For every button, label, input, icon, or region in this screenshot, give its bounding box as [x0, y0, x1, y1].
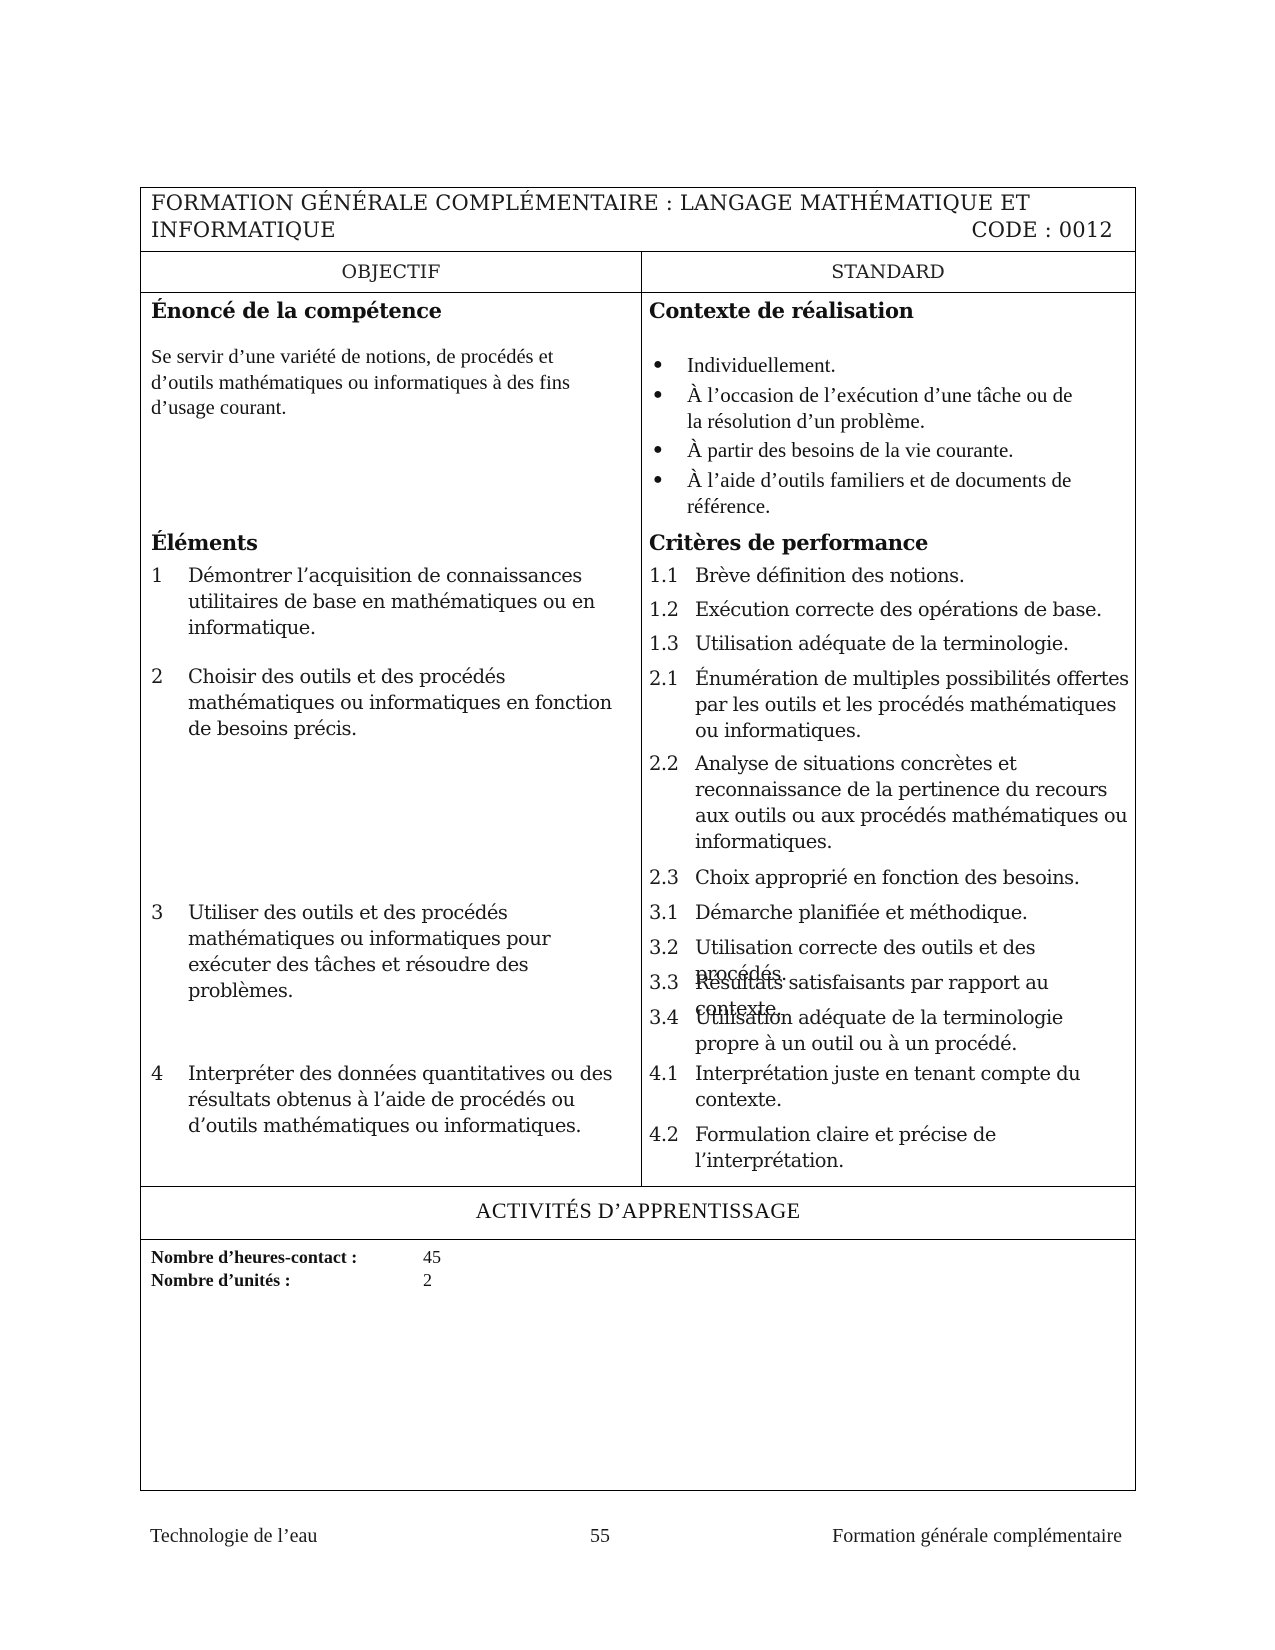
critere-item: 4.1 Interprétation juste en tenant compt…	[649, 1061, 1131, 1113]
activities-bottom-divider	[141, 1239, 1135, 1240]
contexte-item: ● À l’aide d’outils familiers et de docu…	[649, 467, 1089, 519]
element-item: 3 Utiliser des outils et des procédés ma…	[151, 900, 626, 1004]
element-item: 2 Choisir des outils et des procédés mat…	[151, 664, 626, 742]
critere-item: 3.4 Utilisation adéquate de la terminolo…	[649, 1005, 1131, 1057]
course-title-block: FORMATION GÉNÉRALE COMPLÉMENTAIRE : LANG…	[141, 188, 1135, 252]
critere-item: 1.1 Brève définition des notions.	[649, 563, 1131, 589]
activities-top-divider	[141, 1186, 1135, 1187]
contexte-item: ● À l’occasion de l’exécution d’une tâch…	[649, 382, 1089, 434]
units-label: Nombre d’unités :	[151, 1269, 423, 1292]
page-number: 55	[590, 1525, 610, 1548]
hours-block: Nombre d’heures-contact :45 Nombre d’uni…	[151, 1246, 441, 1292]
course-title-line2: INFORMATIQUE	[151, 217, 336, 244]
contexte-item: ● À partir des besoins de la vie courant…	[649, 437, 1089, 463]
contexte-item: ● Individuellement.	[649, 352, 1089, 378]
enonce-heading: Énoncé de la compétence	[151, 298, 626, 324]
critere-item: 2.1 Énumération de multiples possibilité…	[649, 666, 1131, 744]
footer-left: Technologie de l’eau	[150, 1525, 317, 1548]
bullet-icon: ●	[649, 352, 687, 378]
element-item: 4 Interpréter des données quantitatives …	[151, 1061, 626, 1139]
contexte-heading: Contexte de réalisation	[649, 298, 1129, 324]
bullet-icon: ●	[649, 437, 687, 463]
element-item: 1 Démontrer l’acquisition de connaissanc…	[151, 563, 626, 641]
bullet-icon: ●	[649, 382, 687, 434]
column-header-objectif: OBJECTIF	[141, 252, 641, 292]
hours-value: 45	[423, 1247, 441, 1267]
critere-item: 3.1 Démarche planifiée et méthodique.	[649, 900, 1131, 926]
footer-right: Formation générale complémentaire	[832, 1525, 1122, 1548]
competency-table: FORMATION GÉNÉRALE COMPLÉMENTAIRE : LANG…	[140, 187, 1136, 1491]
elements-heading: Éléments	[151, 530, 626, 556]
column-headers: OBJECTIF STANDARD	[141, 252, 1135, 293]
bullet-icon: ●	[649, 467, 687, 519]
critere-item: 2.3 Choix approprié en fonction des beso…	[649, 865, 1131, 891]
course-code: CODE : 0012	[971, 217, 1113, 244]
criteres-heading: Critères de performance	[649, 530, 1129, 556]
course-title-line1: FORMATION GÉNÉRALE COMPLÉMENTAIRE : LANG…	[151, 190, 1125, 217]
critere-item: 4.2 Formulation claire et précise de l’i…	[649, 1122, 1131, 1174]
column-header-standard: STANDARD	[641, 252, 1135, 292]
critere-item: 1.3 Utilisation adéquate de la terminolo…	[649, 631, 1131, 657]
column-divider	[641, 252, 642, 1187]
hours-label: Nombre d’heures-contact :	[151, 1246, 423, 1269]
enonce-text: Se servir d’une variété de notions, de p…	[151, 345, 616, 422]
critere-item: 2.2 Analyse de situations concrètes et r…	[649, 751, 1131, 855]
critere-item: 1.2 Exécution correcte des opérations de…	[649, 597, 1131, 623]
activities-heading: ACTIVITÉS D’APPRENTISSAGE	[141, 1198, 1135, 1224]
units-value: 2	[423, 1270, 432, 1290]
